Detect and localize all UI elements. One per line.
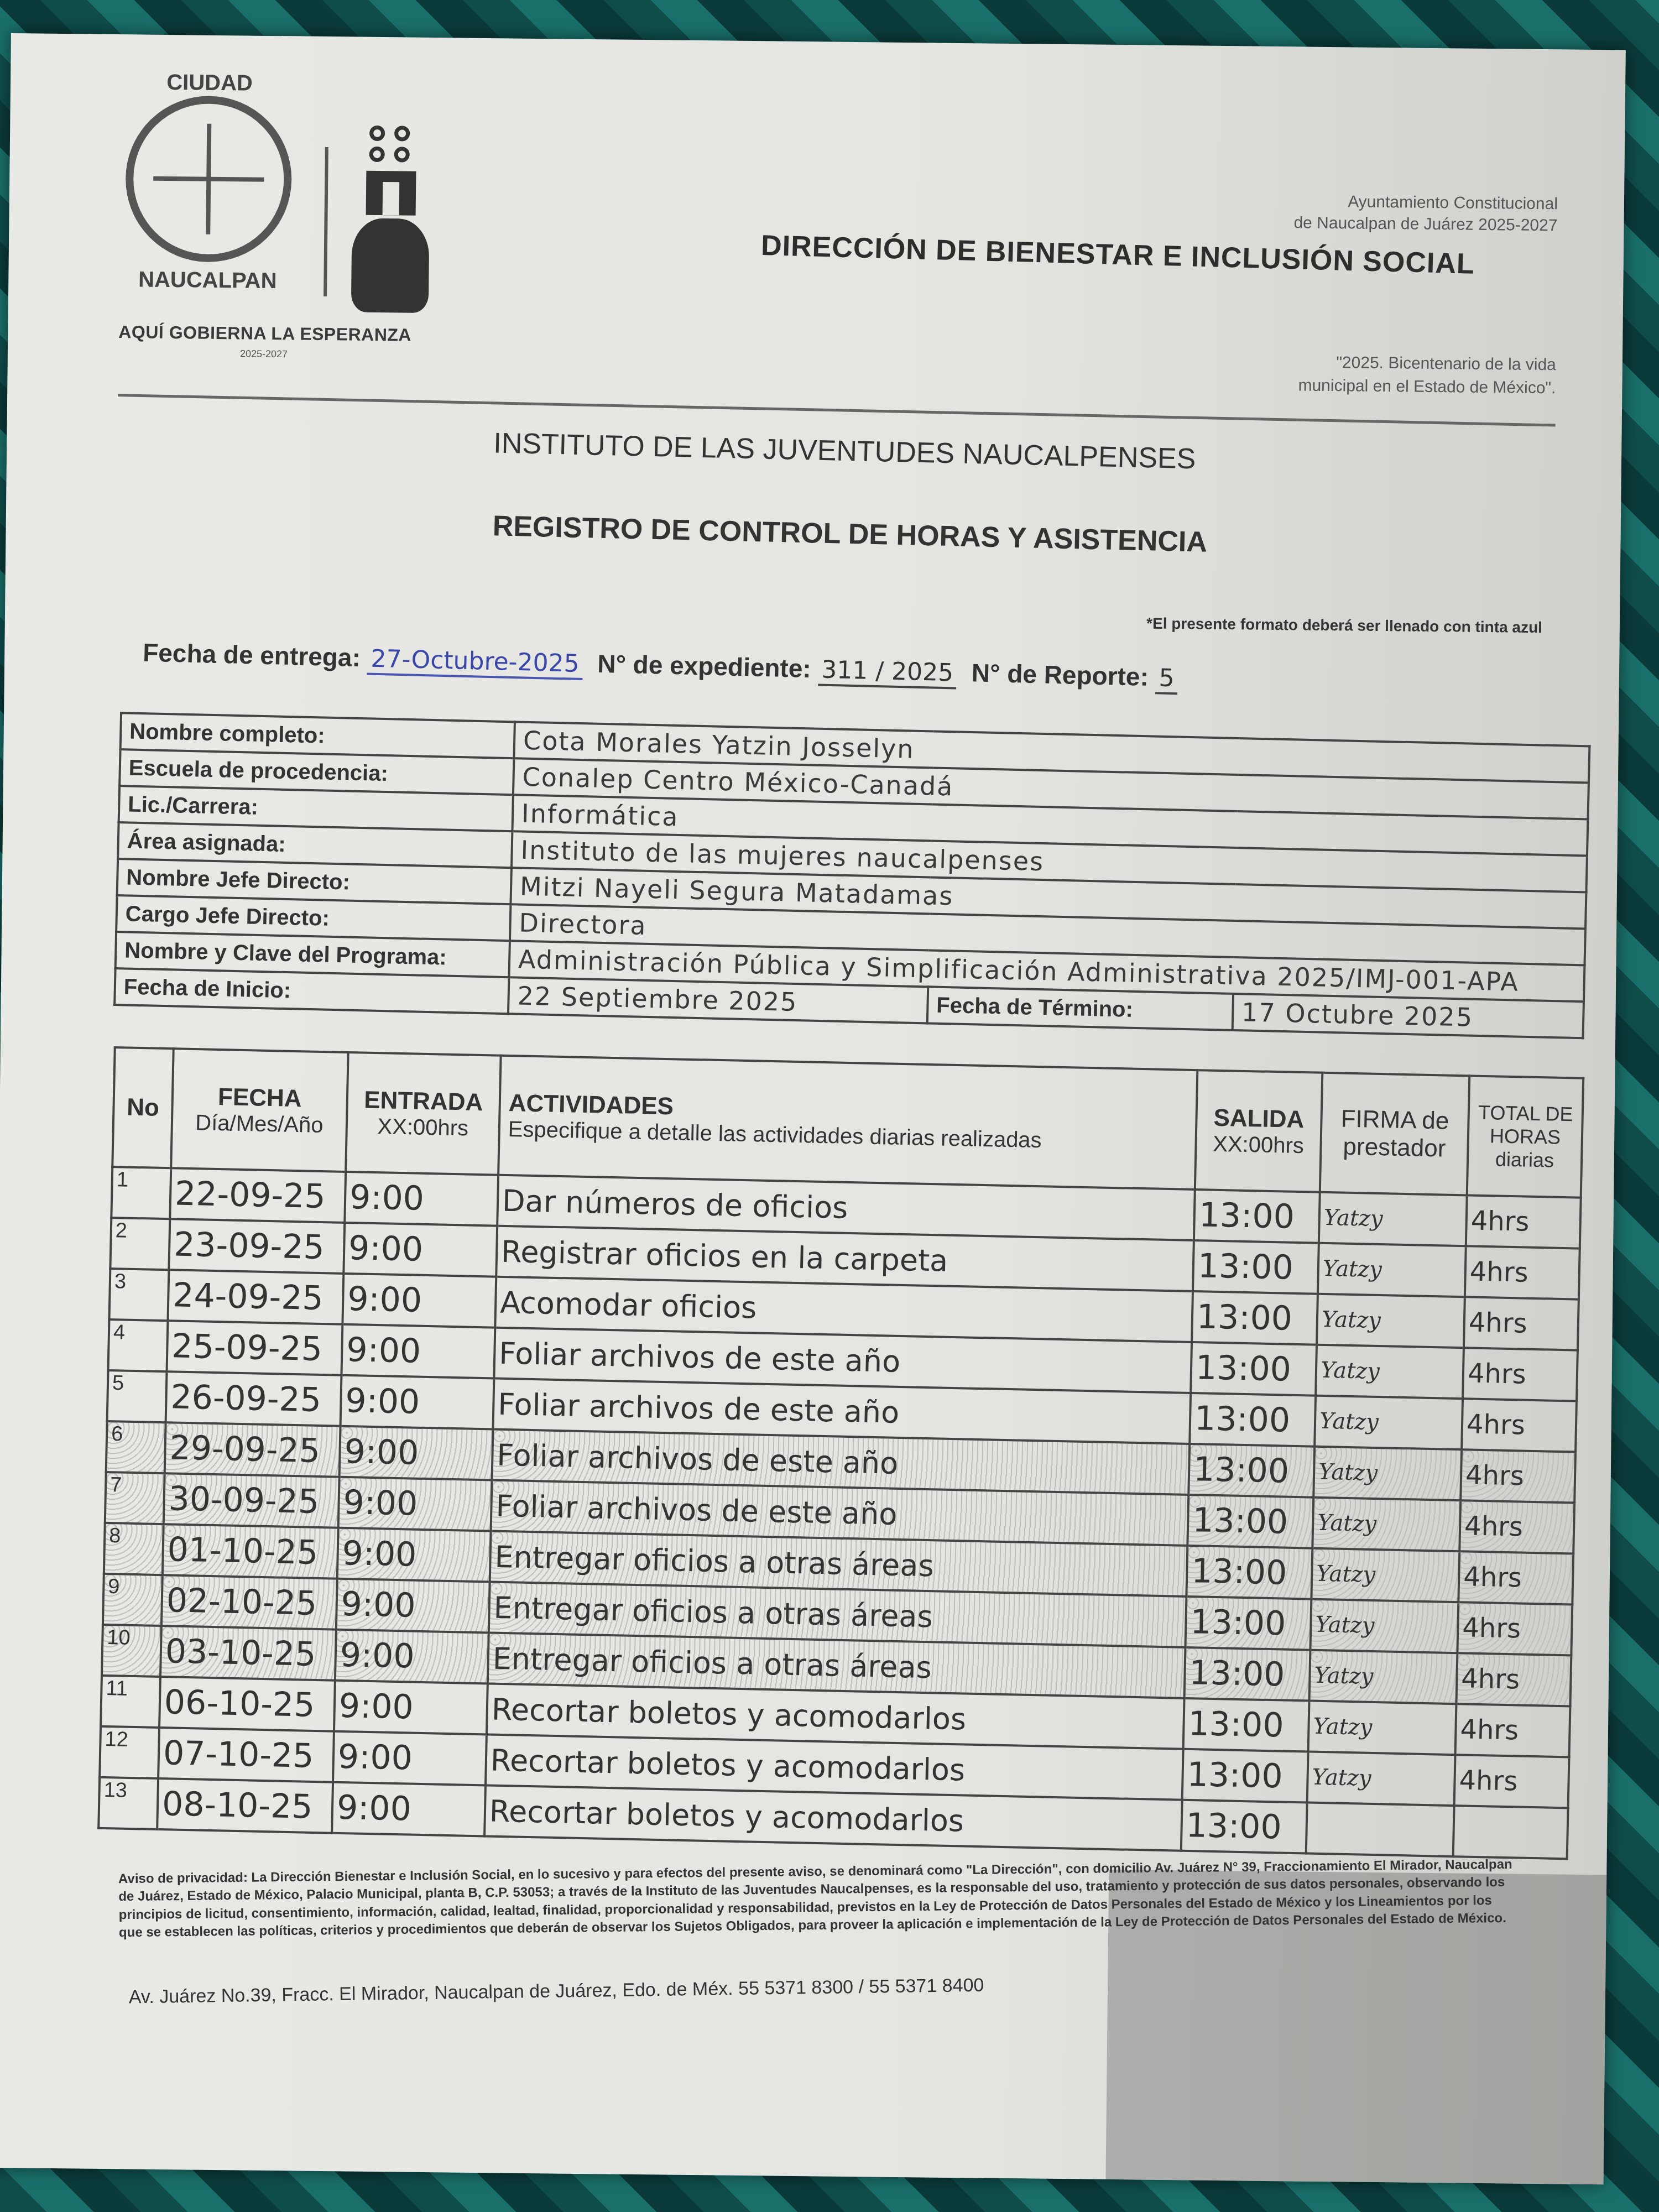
row-fecha[interactable]: 25-09-25 bbox=[167, 1321, 343, 1375]
row-entrada[interactable]: 9:00 bbox=[340, 1426, 493, 1480]
row-firma[interactable]: Yatzy bbox=[1317, 1294, 1465, 1348]
row-salida[interactable]: 13:00 bbox=[1190, 1393, 1316, 1447]
row-firma[interactable]: Yatzy bbox=[1310, 1599, 1458, 1653]
glyph-logo-icon bbox=[351, 125, 430, 308]
row-no: 11 bbox=[101, 1676, 160, 1728]
slogan-years: 2025-2027 bbox=[240, 348, 288, 360]
reporte-label: N° de Reporte: bbox=[971, 658, 1149, 691]
naucalpan-seal-logo: CIUDAD NAUCALPAN bbox=[125, 95, 293, 263]
address-footer: Av. Juárez No.39, Fracc. El Mirador, Nau… bbox=[129, 1975, 984, 2008]
privacy-notice: Aviso de privacidad: La Dirección Bienes… bbox=[118, 1856, 1518, 1942]
bicentenario-line1: "2025. Bicentenario de la vida bbox=[1298, 351, 1556, 377]
activity-table: No FECHADía/Mes/Año ENTRADAXX:00hrs ACTI… bbox=[97, 1046, 1584, 1860]
seal-bottom-text: NAUCALPAN bbox=[132, 267, 283, 294]
row-no: 1 bbox=[111, 1167, 171, 1219]
row-entrada[interactable]: 9:00 bbox=[333, 1731, 487, 1786]
row-fecha[interactable]: 24-09-25 bbox=[168, 1270, 343, 1324]
row-no: 8 bbox=[104, 1523, 164, 1575]
row-no: 13 bbox=[98, 1777, 158, 1829]
row-total[interactable]: 4hrs bbox=[1466, 1195, 1581, 1248]
row-no: 4 bbox=[108, 1319, 168, 1371]
register-title: REGISTRO DE CONTROL DE HORAS Y ASISTENCI… bbox=[492, 509, 1207, 559]
row-firma[interactable]: Yatzy bbox=[1319, 1192, 1467, 1246]
row-fecha[interactable]: 22-09-25 bbox=[170, 1168, 346, 1223]
row-entrada[interactable]: 9:00 bbox=[342, 1274, 496, 1328]
row-total[interactable]: 4hrs bbox=[1460, 1449, 1575, 1503]
row-salida[interactable]: 13:00 bbox=[1183, 1698, 1310, 1752]
row-salida[interactable]: 13:00 bbox=[1185, 1597, 1311, 1650]
row-firma[interactable]: Yatzy bbox=[1307, 1752, 1455, 1806]
fecha-entrega-field[interactable]: 27-Octubre-2025 bbox=[367, 644, 583, 680]
col-firma: FIRMA de prestador bbox=[1320, 1073, 1469, 1196]
row-total[interactable]: 4hrs bbox=[1454, 1755, 1569, 1808]
fecha-entrega-label: Fecha de entrega: bbox=[143, 638, 361, 672]
row-entrada[interactable]: 9:00 bbox=[332, 1782, 486, 1837]
row-entrada[interactable]: 9:00 bbox=[345, 1172, 498, 1226]
fecha-termino-value[interactable]: 17 Octubre 2025 bbox=[1232, 994, 1584, 1038]
row-salida[interactable]: 13:00 bbox=[1191, 1342, 1317, 1396]
row-fecha[interactable]: 08-10-25 bbox=[157, 1778, 333, 1833]
row-salida[interactable]: 13:00 bbox=[1192, 1291, 1318, 1345]
col-no: No bbox=[112, 1047, 174, 1168]
seal-top-text: CIUDAD bbox=[134, 70, 285, 96]
row-total[interactable]: 4hrs bbox=[1456, 1653, 1571, 1706]
row-salida[interactable]: 13:00 bbox=[1193, 1240, 1319, 1294]
row-no: 6 bbox=[106, 1421, 166, 1473]
row-fecha[interactable]: 06-10-25 bbox=[159, 1677, 335, 1731]
row-entrada[interactable]: 9:00 bbox=[341, 1375, 494, 1430]
bicentenario-line2: municipal en el Estado de México". bbox=[1298, 374, 1556, 400]
row-fecha[interactable]: 30-09-25 bbox=[164, 1473, 340, 1528]
row-firma[interactable] bbox=[1306, 1803, 1454, 1857]
ayuntamiento-line1: Ayuntamiento Constitucional bbox=[1294, 190, 1558, 215]
row-salida[interactable]: 13:00 bbox=[1182, 1749, 1308, 1803]
row-total[interactable] bbox=[1453, 1806, 1568, 1859]
row-fecha[interactable]: 01-10-25 bbox=[163, 1524, 338, 1579]
row-entrada[interactable]: 9:00 bbox=[334, 1681, 488, 1735]
row-salida[interactable]: 13:00 bbox=[1188, 1444, 1314, 1498]
logo-divider bbox=[324, 147, 328, 296]
row-firma[interactable]: Yatzy bbox=[1318, 1243, 1466, 1297]
col-entrada: ENTRADAXX:00hrs bbox=[346, 1052, 500, 1175]
row-total[interactable]: 4hrs bbox=[1455, 1704, 1571, 1757]
row-firma[interactable]: Yatzy bbox=[1311, 1548, 1459, 1603]
row-entrada[interactable]: 9:00 bbox=[338, 1477, 492, 1531]
row-fecha[interactable]: 07-10-25 bbox=[158, 1728, 334, 1782]
row-entrada[interactable]: 9:00 bbox=[341, 1324, 495, 1379]
row-total[interactable]: 4hrs bbox=[1463, 1348, 1578, 1401]
row-firma[interactable]: Yatzy bbox=[1313, 1447, 1462, 1501]
row-salida[interactable]: 13:00 bbox=[1185, 1647, 1311, 1701]
row-total[interactable]: 4hrs bbox=[1465, 1246, 1580, 1299]
ayuntamiento-line2: de Naucalpan de Juárez 2025-2027 bbox=[1293, 212, 1557, 236]
row-total[interactable]: 4hrs bbox=[1459, 1500, 1574, 1553]
row-entrada[interactable]: 9:00 bbox=[335, 1630, 489, 1684]
row-fecha[interactable]: 02-10-25 bbox=[161, 1575, 337, 1630]
row-no: 5 bbox=[107, 1370, 167, 1422]
expediente-field[interactable]: 311 / 2025 bbox=[818, 655, 957, 689]
document-page: CIUDAD NAUCALPAN AQUÍ GOBIERNA LA ESPERA… bbox=[0, 33, 1626, 2184]
row-salida[interactable]: 13:00 bbox=[1186, 1546, 1312, 1599]
row-no: 9 bbox=[103, 1574, 163, 1626]
col-total: TOTAL DE HORAS diarias bbox=[1467, 1076, 1583, 1197]
info-table: Nombre completo: Cota Morales Yatzin Jos… bbox=[113, 712, 1590, 1039]
row-entrada[interactable]: 9:00 bbox=[336, 1579, 490, 1633]
row-no: 12 bbox=[100, 1726, 159, 1778]
row-salida[interactable]: 13:00 bbox=[1187, 1495, 1313, 1548]
fecha-termino-label: Fecha de Término: bbox=[927, 987, 1233, 1030]
row-salida[interactable]: 13:00 bbox=[1194, 1190, 1320, 1243]
seal-emblem-icon bbox=[153, 123, 264, 235]
expediente-label: N° de expediente: bbox=[597, 649, 812, 683]
row-fecha[interactable]: 03-10-25 bbox=[160, 1626, 336, 1681]
reporte-field[interactable]: 5 bbox=[1155, 664, 1178, 695]
row-entrada[interactable]: 9:00 bbox=[343, 1223, 497, 1277]
institute-title: INSTITUTO DE LAS JUVENTUDES NAUCALPENSES bbox=[493, 426, 1196, 476]
row-no: 2 bbox=[110, 1218, 170, 1270]
bicentenario-text: "2025. Bicentenario de la vida municipal… bbox=[1298, 351, 1556, 400]
slogan: AQUÍ GOBIERNA LA ESPERANZA bbox=[118, 322, 411, 346]
header-divider bbox=[118, 394, 1556, 426]
direccion-title: DIRECCIÓN DE BIENESTAR E INCLUSIÓN SOCIA… bbox=[760, 229, 1475, 281]
row-total[interactable]: 4hrs bbox=[1462, 1399, 1577, 1452]
row-total[interactable]: 4hrs bbox=[1458, 1551, 1573, 1604]
row-salida[interactable]: 13:00 bbox=[1181, 1800, 1307, 1854]
row-no: 3 bbox=[109, 1269, 169, 1321]
row-fecha[interactable]: 29-09-25 bbox=[165, 1422, 341, 1477]
row-entrada[interactable]: 9:00 bbox=[337, 1528, 491, 1582]
row-fecha[interactable]: 26-09-25 bbox=[166, 1371, 342, 1426]
row-firma[interactable]: Yatzy bbox=[1308, 1701, 1457, 1755]
row-no: 7 bbox=[105, 1472, 165, 1524]
row-firma[interactable]: Yatzy bbox=[1314, 1396, 1463, 1450]
row-fecha[interactable]: 23-09-25 bbox=[169, 1219, 345, 1274]
row-firma[interactable]: Yatzy bbox=[1316, 1345, 1464, 1399]
row-no: 10 bbox=[102, 1625, 161, 1677]
row-firma[interactable]: Yatzy bbox=[1310, 1650, 1458, 1704]
col-actividades: ACTIVIDADESEspecifique a detalle las act… bbox=[498, 1056, 1197, 1190]
ayuntamiento-text: Ayuntamiento Constitucional de Naucalpan… bbox=[1293, 190, 1558, 236]
row-total[interactable]: 4hrs bbox=[1457, 1602, 1572, 1655]
row-total[interactable]: 4hrs bbox=[1464, 1297, 1579, 1350]
meta-row: Fecha de entrega: 27-Octubre-2025 N° de … bbox=[143, 638, 1186, 693]
row-firma[interactable]: Yatzy bbox=[1312, 1498, 1460, 1552]
col-fecha: FECHADía/Mes/Año bbox=[171, 1048, 348, 1172]
col-salida: SALIDAXX:00hrs bbox=[1195, 1070, 1322, 1192]
ink-note: *El presente formato deberá ser llenado … bbox=[1146, 615, 1542, 637]
